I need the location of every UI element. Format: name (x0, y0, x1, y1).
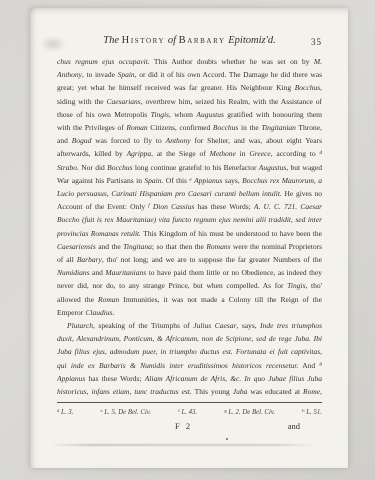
page-footer: d L. 3.e L. 5. De Bel. Civ.f L. 43.g L. … (57, 402, 322, 435)
text-segment: Anthony (166, 136, 191, 145)
text-segment: Strabo (57, 163, 77, 172)
footnote-marker: h (302, 408, 304, 413)
text-segment: of (165, 35, 178, 46)
text-segment: Rome (303, 387, 320, 396)
text-segment: Caesariensis (57, 242, 96, 251)
paragraph: chus regnum ejus occupavit. This Author … (57, 55, 322, 319)
footnote-marker: f (178, 408, 180, 413)
text-segment: , says, (236, 321, 260, 330)
text-segment: Augustus (196, 110, 224, 119)
footnote-marker: f (148, 203, 149, 209)
footnote: d L. 3. (57, 409, 73, 416)
text-segment: Plutarch (67, 321, 93, 330)
text-segment: Appianus (57, 374, 85, 383)
text-segment: Roman (126, 123, 147, 132)
footnote-text: L. 2. De Bel. Civ. (227, 409, 275, 416)
text-segment: Bocchus (295, 83, 320, 92)
text-segment: This Author doubts whether he was set on… (150, 57, 314, 66)
text-segment: Bocchus (213, 123, 238, 132)
text-segment: Caesarians (107, 97, 141, 106)
text-segment: Agrippa (127, 149, 152, 158)
footnote-marker: g (224, 408, 226, 413)
footnote-text: L. 43. (180, 409, 197, 416)
paragraph: Plutarch, speaking of the Triumphs of Ju… (57, 319, 322, 397)
footnote-text: L. 3. (59, 409, 73, 416)
text-segment: Dion Cassius (153, 202, 195, 211)
footnote-rule (57, 402, 322, 403)
text-segment: Appianus (194, 176, 222, 185)
text-segment: Spain (118, 70, 135, 79)
text-segment: Spain (144, 176, 161, 185)
footnote-text: L. 5. De Bel. Civ. (103, 409, 151, 416)
text-segment: , whom (169, 110, 196, 119)
text-segment: was educated at (247, 387, 303, 396)
text-segment: and (90, 268, 106, 277)
book-page: The History of Barbary Epitomiz'd. 35 ch… (30, 8, 348, 468)
scan-surround: The History of Barbary Epitomiz'd. 35 ch… (0, 0, 375, 480)
text-segment: . Of this (161, 176, 189, 185)
catchword: and (288, 421, 300, 431)
scan-streak (50, 444, 318, 446)
text-segment: and the (96, 242, 123, 251)
text-segment: Bogud (72, 136, 92, 145)
footnote-row: d L. 3.e L. 5. De Bel. Civ.f L. 43.g L. … (57, 409, 322, 416)
text-segment: , tho' not long; and we are to suppose t… (102, 255, 322, 264)
footnote-marker: e (189, 177, 191, 183)
text-segment: Citizens, confirmed (148, 123, 213, 132)
text-segment: has these Words; (85, 374, 144, 383)
text-segment: Bocchus (107, 163, 132, 172)
header-title: The History of Barbary Epitomiz'd. (103, 35, 275, 46)
text-segment: Roman (98, 295, 119, 304)
footnote-marker: e (101, 408, 103, 413)
text-segment: And (298, 361, 319, 370)
footnote: h L. 51. (302, 409, 322, 416)
text-segment: Greece (249, 149, 270, 158)
page-number: 35 (311, 37, 322, 47)
signature-row: F 2 and (57, 421, 322, 435)
text-segment: has these Words; (194, 202, 253, 211)
footnote: g L. 2. De Bel. Civ. (224, 409, 275, 416)
text-segment: chus regnum ejus occupavit. (57, 57, 150, 66)
text-segment: Romans (206, 242, 230, 251)
text-segment: Mauritanians (105, 268, 146, 277)
text-segment: , to invade (82, 70, 118, 79)
footnote-marker: d (319, 150, 322, 156)
footnote: f L. 43. (178, 409, 197, 416)
text-segment: Tingitanian (261, 123, 296, 132)
signature-mark: F 2 (175, 421, 192, 431)
text-segment: Claudius (85, 308, 112, 317)
text-segment: Methone (210, 149, 236, 158)
text-segment: , according to (271, 149, 320, 158)
footnote-marker: d (57, 408, 59, 413)
text-segment: Tingitana (123, 242, 152, 251)
text-segment: ; so that then the (152, 242, 206, 251)
text-segment: Barbary (179, 35, 226, 46)
footnote-marker: g (319, 361, 322, 367)
text-segment: in the (238, 123, 261, 132)
text-segment: . (113, 308, 115, 317)
text-segment: Numidians (57, 268, 90, 277)
text-segment: This young (192, 387, 233, 396)
text-segment: long continue grateful to his Benefactor (133, 163, 259, 172)
page-body: chus regnum ejus occupavit. This Author … (57, 55, 322, 397)
text-segment: Tingis (151, 110, 169, 119)
text-segment: was forced to fly to (91, 136, 165, 145)
text-segment: Juba (233, 387, 248, 396)
text-segment: History (122, 35, 166, 46)
text-segment: says, (222, 176, 242, 185)
text-segment: , speaking of the Triumphs of (93, 321, 193, 330)
text-segment: . Nor did (77, 163, 107, 172)
text-segment: Barbary (77, 255, 102, 264)
text-segment: Epitomiz'd. (226, 35, 276, 46)
text-segment: This Kingdom of his must be understood t… (141, 229, 322, 238)
text-segment: Augustus (259, 163, 287, 172)
footnote: e L. 5. De Bel. Civ. (101, 409, 151, 416)
scan-speck (226, 438, 228, 440)
text-segment: Tingis (287, 281, 305, 290)
footnote-text: L. 51. (305, 409, 322, 416)
text-segment: in (236, 149, 249, 158)
text-segment: , at the Siege of (151, 149, 209, 158)
text-segment: The (103, 35, 121, 46)
running-header: The History of Barbary Epitomiz'd. 35 (57, 35, 322, 50)
text-segment: Julius Caesar (193, 321, 236, 330)
